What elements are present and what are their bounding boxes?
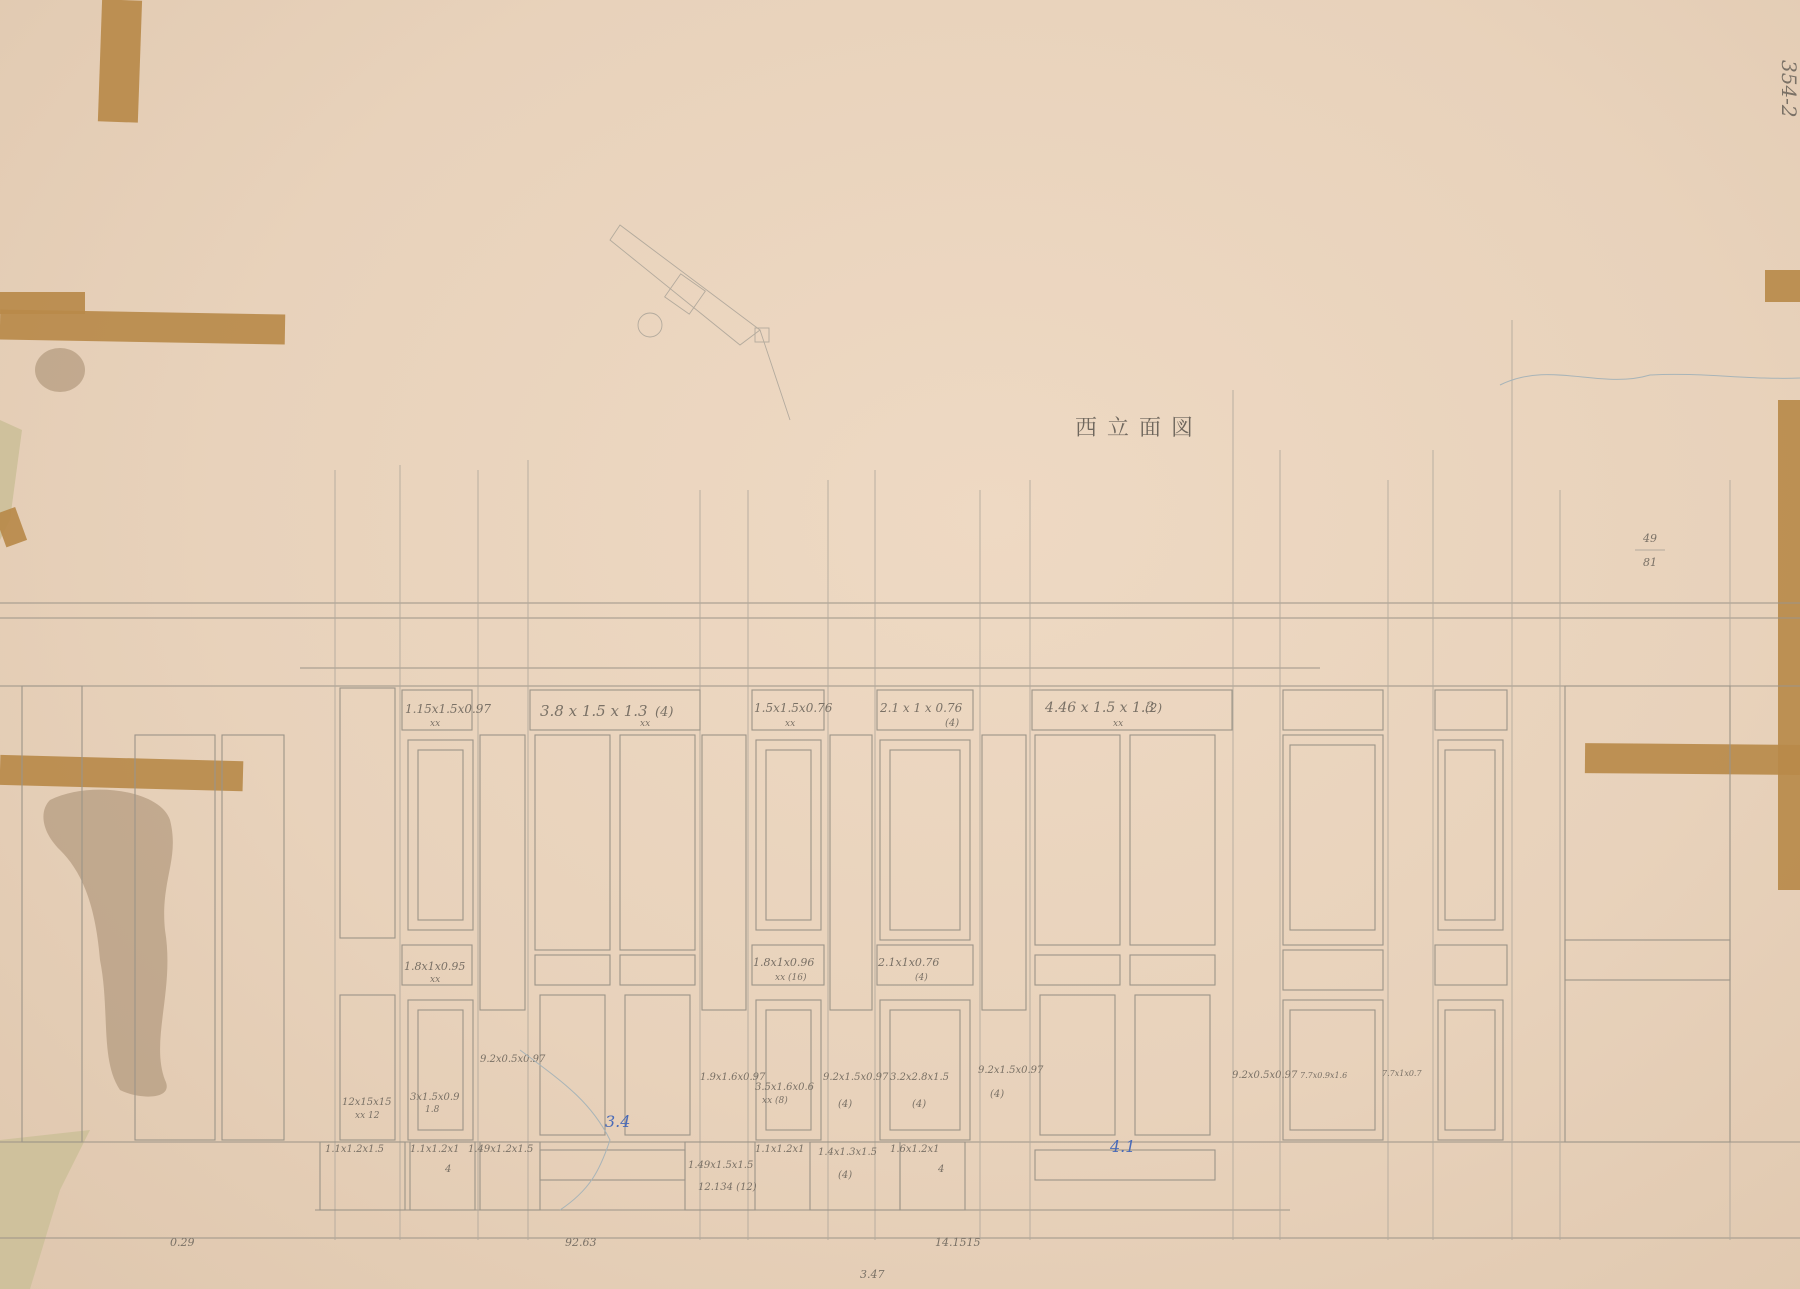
svg-text:12.134 (12): 12.134 (12) [698,1182,757,1193]
svg-text:9.2x1.5x0.97: 9.2x1.5x0.97 [823,1072,889,1083]
svg-text:xx 12: xx 12 [355,1111,380,1121]
lower-panel-notes: 12x15x15 xx 12 3x1.5x0.9 1.8 9.2x0.5x0.9… [342,1054,1422,1121]
svg-text:2.1x1x0.76: 2.1x1x0.76 [877,956,939,969]
svg-text:1.8x1x0.95: 1.8x1x0.95 [404,960,465,973]
svg-text:1.1x1.2x1: 1.1x1.2x1 [755,1144,804,1155]
paper-cracks [520,374,1800,1210]
svg-text:4: 4 [444,1164,451,1175]
svg-text:0.29: 0.29 [170,1236,195,1249]
svg-text:(4): (4) [945,718,959,729]
svg-text:xx: xx [430,975,440,985]
svg-text:1.6x1.2x1: 1.6x1.2x1 [890,1144,939,1155]
svg-text:9.2x0.5x0.97: 9.2x0.5x0.97 [480,1054,546,1065]
small-stain [35,348,85,392]
svg-text:9.2x1.5x0.97: 9.2x1.5x0.97 [978,1065,1044,1076]
svg-text:92.63: 92.63 [565,1236,597,1249]
svg-text:9.2x0.5x0.97: 9.2x0.5x0.97 [1232,1070,1298,1081]
tape-left-upper-small [0,292,85,314]
svg-text:81: 81 [1643,556,1657,569]
bottom-dimensions: 0.29 92.63 14.1515 3.47 [170,1236,981,1281]
tape-left-fragment [0,507,27,547]
blue-note-left: 3.4 [605,1112,630,1131]
svg-text:3.5x1.6x0.6: 3.5x1.6x0.6 [755,1082,815,1093]
sheet-number: 354-2 [1777,60,1800,118]
right-margin-note: 49 81 [1635,532,1665,569]
drawing-title: 西立面図 [1075,416,1203,441]
svg-text:xx: xx [640,719,650,729]
svg-text:1.1x1.2x1: 1.1x1.2x1 [410,1144,459,1155]
svg-text:3.2x2.8x1.5: 3.2x2.8x1.5 [890,1072,949,1083]
drawing-sheet: 西立面図 354-2 [0,0,1800,1289]
svg-text:7.7x0.9x1.6: 7.7x0.9x1.6 [1300,1071,1347,1080]
blue-note-right: 4.1 [1109,1137,1135,1156]
svg-text:(2): (2) [1145,701,1162,715]
svg-text:xx: xx [430,719,440,729]
tape-top-left [98,0,142,123]
elevation-drawing: 西立面図 354-2 [0,0,1800,1289]
svg-text:7.7x1x0.7: 7.7x1x0.7 [1382,1069,1422,1078]
svg-text:3x1.5x0.9: 3x1.5x0.9 [410,1092,460,1103]
svg-text:(4): (4) [838,1170,852,1181]
svg-text:1.15x1.5x0.97: 1.15x1.5x0.97 [405,702,491,716]
svg-text:xx (8): xx (8) [762,1095,788,1106]
svg-text:1.5x1.5x0.76: 1.5x1.5x0.76 [754,701,833,715]
svg-text:3.8 x 1.5 x 1.3: 3.8 x 1.5 x 1.3 [540,702,648,720]
torn-corner-backing [0,1130,90,1289]
svg-text:1.1x1.2x1.5: 1.1x1.2x1.5 [325,1144,384,1155]
svg-text:xx: xx [785,719,795,729]
svg-text:1.4x1.3x1.5: 1.4x1.3x1.5 [818,1147,877,1158]
tape-left-upper [0,310,285,345]
svg-text:(4): (4) [990,1089,1004,1100]
base-notes: 1.1x1.2x1.5 1.1x1.2x1 4 1.49x1.2x1.5 1.4… [325,1144,944,1193]
svg-text:xx: xx [1113,719,1123,729]
svg-text:(4): (4) [915,972,928,983]
svg-text:xx (16): xx (16) [775,972,807,983]
tape-right-top [1765,270,1800,302]
svg-text:1.8: 1.8 [425,1105,440,1115]
tape-left-lower [0,755,243,791]
construction-sketch [610,225,790,420]
tape-right-horizontal [1585,743,1800,775]
svg-text:4: 4 [937,1164,944,1175]
vertical-grid-lines [335,320,1730,1240]
svg-text:2.1 x 1 x 0.76: 2.1 x 1 x 0.76 [879,701,963,715]
svg-text:14.1515: 14.1515 [935,1236,981,1249]
tape-right-vertical [1778,400,1800,890]
svg-text:1.49x1.5x1.5: 1.49x1.5x1.5 [688,1160,753,1171]
svg-text:(4): (4) [912,1099,926,1110]
svg-text:49: 49 [1642,532,1657,545]
svg-text:4.46 x 1.5 x 1.3: 4.46 x 1.5 x 1.3 [1044,700,1154,716]
middle-panel-notes: 1.8x1x0.95 xx 1.8x1x0.96 xx (16) 2.1x1x0… [404,956,939,985]
upper-panel-notes: 1.15x1.5x0.97 xx 3.8 x 1.5 x 1.3 xx (4) … [405,700,1162,729]
svg-text:(4): (4) [655,705,673,720]
svg-text:1.49x1.2x1.5: 1.49x1.2x1.5 [468,1144,533,1155]
water-stain [43,790,172,1097]
svg-text:12x15x15: 12x15x15 [342,1097,391,1108]
svg-text:(4): (4) [838,1099,852,1110]
svg-text:1.8x1x0.96: 1.8x1x0.96 [753,956,814,969]
svg-text:3.47: 3.47 [860,1268,885,1281]
